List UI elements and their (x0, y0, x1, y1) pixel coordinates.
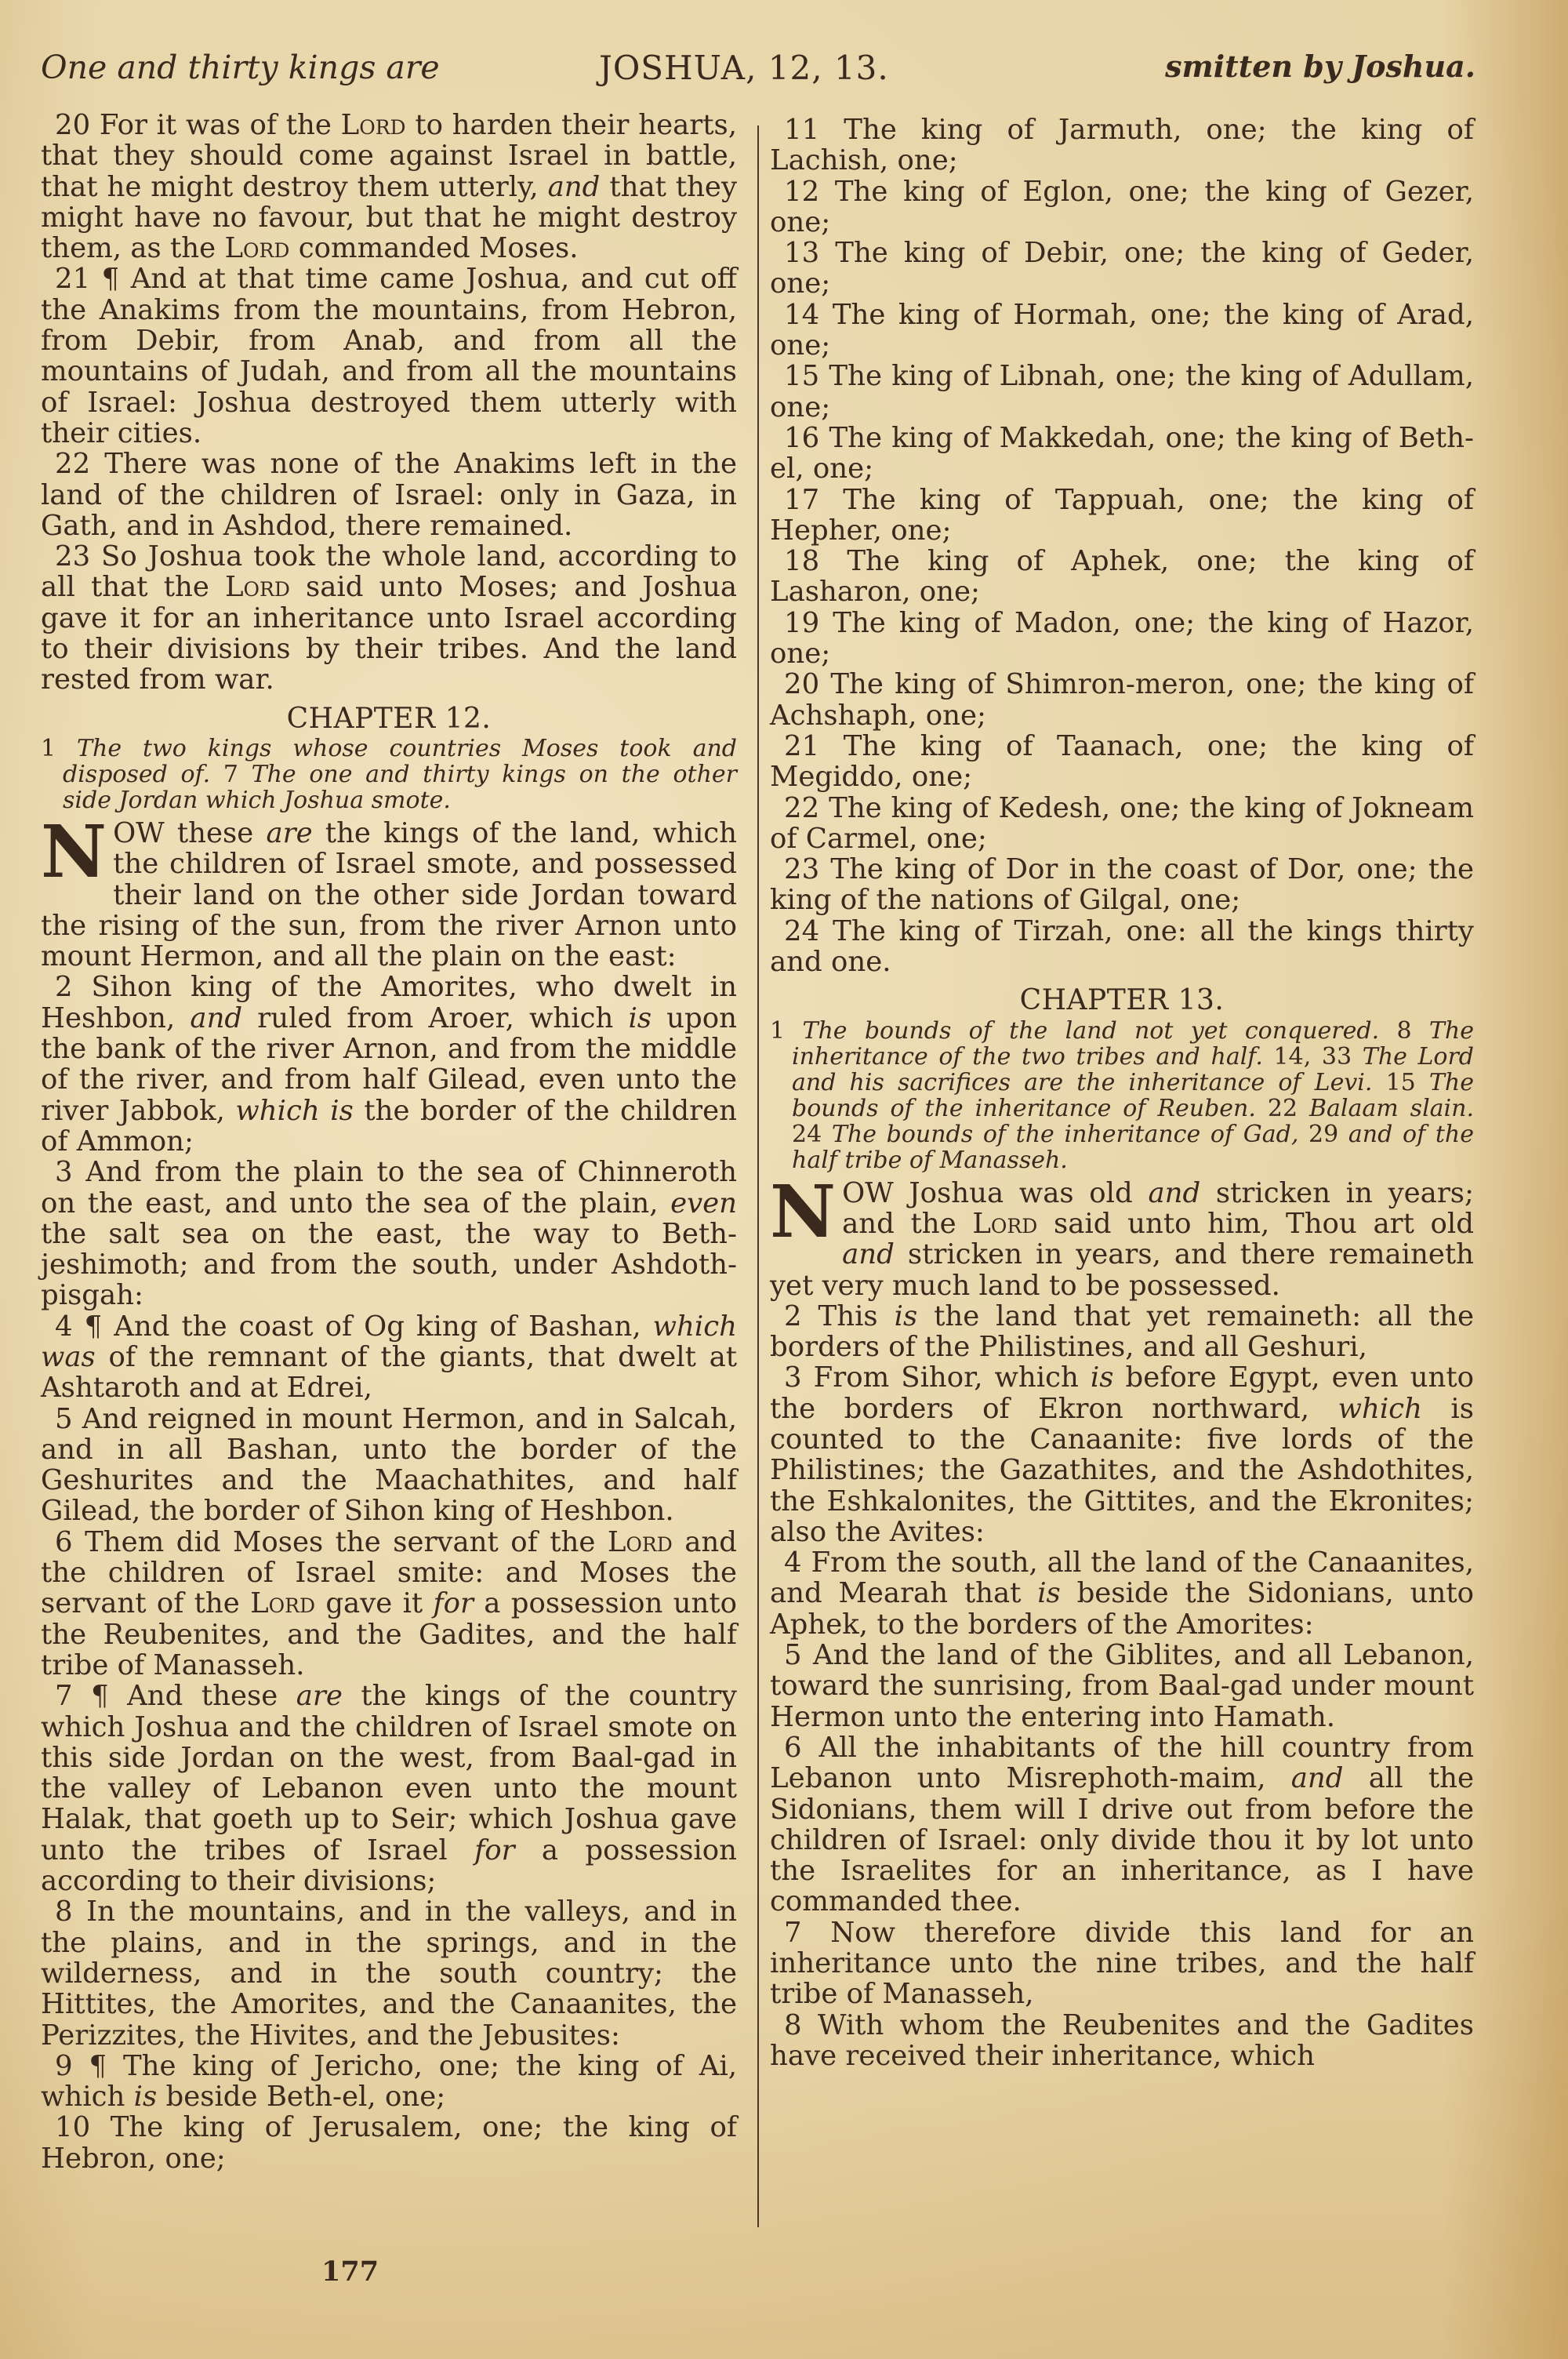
chapter-12-summary: 1 The two kings whose countries Moses to… (41, 736, 737, 813)
verse-12-2: 2 Sihon king of the Amorites, who dwelt … (41, 972, 737, 1157)
verse-13-7: 7 Now therefore divide this land for an … (770, 1917, 1474, 2010)
verse-13-3: 3 From Sihor, which is before Egypt, eve… (770, 1362, 1474, 1547)
header-left-caption: One and thirty kings are (41, 49, 440, 86)
lord-smallcaps: Lord (225, 571, 290, 603)
summary-ref: 8 (1396, 1017, 1411, 1045)
chapter-13-summary: 1 The bounds of the land not yet conquer… (770, 1018, 1474, 1173)
italic-word: are (266, 817, 312, 849)
summary-ref: 15 (1386, 1069, 1416, 1096)
drop-cap: N (770, 1181, 836, 1242)
column-divider (757, 125, 759, 2227)
pilcrow-icon: ¶ (85, 1310, 103, 1343)
verse-number: 19 (784, 607, 819, 639)
verse-number: 21 (55, 263, 90, 295)
verse-number: 20 (55, 109, 90, 141)
summary-ref: 7 (223, 761, 238, 788)
verse-text: And the land of the Giblites, and all Le… (770, 1639, 1474, 1733)
verse-number: 8 (784, 2009, 802, 2041)
verse-number: 3 (55, 1156, 73, 1188)
verse-number: 5 (784, 1639, 802, 1671)
verse-13-4: 4 From the south, all the land of the Ca… (770, 1547, 1474, 1640)
lord-smallcaps: Lord (341, 109, 406, 141)
summary-ref: 14, 33 (1274, 1043, 1352, 1070)
verse-number: 17 (784, 484, 819, 516)
italic-word: is (1091, 1361, 1114, 1394)
verse-text: For it was of the (100, 109, 341, 141)
verse-number: 24 (784, 915, 819, 947)
header-book-chapter: JOSHUA, 12, 13. (599, 49, 889, 87)
verse-number: 10 (55, 2111, 90, 2143)
pilcrow-icon: ¶ (102, 263, 120, 295)
italic-word: are (296, 1680, 343, 1712)
verse-number: 8 (55, 1896, 73, 1928)
chapter-12-heading: CHAPTER 12. (41, 703, 737, 734)
verse-text: The king of Jerusalem, one; the king of … (41, 2111, 737, 2174)
verse-number: 21 (784, 730, 819, 762)
pilcrow-icon: ¶ (91, 1680, 109, 1712)
italic-word: and (1291, 1762, 1344, 1794)
verse-text: And from the plain to the sea of Chinner… (41, 1156, 737, 1219)
verse-12-17: 17 The king of Tappuah, one; the king of… (770, 485, 1474, 547)
right-column: 11 The king of Jarmuth, one; the king of… (770, 114, 1474, 2071)
verse-text: OW Joshua was old (842, 1177, 1148, 1209)
header-right-caption: smitten by Joshua. (1165, 49, 1475, 84)
verse-number: 6 (55, 1526, 73, 1558)
verse-12-22: 22 The king of Kedesh, one; the king of … (770, 793, 1474, 855)
verse-12-24: 24 The king of Tirzah, one: all the king… (770, 916, 1474, 978)
verse-number: 4 (784, 1547, 802, 1579)
summary-ref: 22 (1268, 1095, 1298, 1122)
verse-12-13: 13 The king of Debir, one; the king of G… (770, 238, 1474, 300)
verse-text: commanded Moses. (289, 232, 578, 264)
italic-word: which (1338, 1393, 1422, 1425)
verse-number: 15 (784, 360, 819, 392)
verse-number: 7 (55, 1680, 73, 1712)
verse-12-3: 3 And from the plain to the sea of Chinn… (41, 1157, 737, 1310)
lord-smallcaps: Lord (224, 232, 289, 264)
verse-12-6: 6 Them did Moses the servant of the Lord… (41, 1527, 737, 1681)
verse-text: The king of Makkedah, one; the king of B… (770, 422, 1474, 485)
verse-12-21: 21 The king of Taanach, one; the king of… (770, 731, 1474, 793)
italic-word: and (190, 1002, 242, 1034)
verse-text: The king of Kedesh, one; the king of Jok… (770, 792, 1474, 855)
italic-word: is (628, 1002, 652, 1034)
summary-text: The bounds of the land not yet conquered… (802, 1017, 1379, 1045)
verse-number: 18 (784, 545, 819, 577)
lord-smallcaps: Lord (972, 1208, 1037, 1240)
verse-number: 4 (55, 1310, 73, 1343)
verse-number: 9 (55, 2050, 73, 2082)
verse-12-18: 18 The king of Aphek, one; the king of L… (770, 546, 1474, 608)
verse-text: Now therefore divide this land for an in… (770, 1917, 1474, 2011)
verse-12-10: 10 The king of Jerusalem, one; the king … (41, 2112, 737, 2174)
verse-number: 23 (55, 540, 90, 572)
verse-number: 23 (784, 853, 819, 885)
verse-12-15: 15 The king of Libnah, one; the king of … (770, 361, 1474, 423)
pilcrow-icon: ¶ (89, 2050, 107, 2082)
verse-number: 11 (784, 114, 819, 146)
verse-number: 2 (784, 1300, 802, 1332)
lord-smallcaps: Lord (608, 1526, 673, 1558)
summary-ref: 1 (41, 735, 56, 762)
verse-text: Them did Moses the servant of the (85, 1526, 608, 1558)
verse-12-11: 11 The king of Jarmuth, one; the king of… (770, 114, 1474, 176)
verse-12-5: 5 And reigned in mount Hermon, and in Sa… (41, 1404, 737, 1527)
verse-number: 2 (55, 971, 73, 1003)
italic-word: for (474, 1834, 514, 1866)
verse-13-6: 6 All the inhabitants of the hill countr… (770, 1732, 1474, 1917)
verse-text: And reigned in mount Hermon, and in Salc… (41, 1403, 737, 1528)
page-number: 177 (321, 2255, 379, 2288)
verse-11-22: 22 There was none of the Anakims left in… (41, 449, 737, 541)
verse-11-21: 21 ¶ And at that time came Joshua, and c… (41, 264, 737, 449)
summary-ref: 29 (1308, 1121, 1338, 1148)
verse-13-2: 2 This is the land that yet remaineth: a… (770, 1301, 1474, 1363)
verse-13-1: NOW Joshua was old and stricken in years… (770, 1178, 1474, 1301)
italic-word: and (1148, 1177, 1200, 1209)
verse-text: The king of Tirzah, one: all the kings t… (770, 915, 1474, 978)
italic-word: even (670, 1187, 737, 1219)
verse-number: 12 (784, 176, 819, 208)
verse-number: 3 (784, 1361, 802, 1394)
verse-text: There was none of the Anakims left in th… (41, 448, 737, 542)
verse-11-20: 20 For it was of the Lord to harden thei… (41, 110, 737, 264)
verse-text: In the mountains, and in the valleys, an… (41, 1896, 737, 2051)
verse-number: 22 (784, 792, 819, 824)
left-column: 20 For it was of the Lord to harden thei… (41, 110, 737, 2174)
verse-number: 5 (55, 1403, 73, 1435)
verse-text: With whom the Reubenites and the Gadites… (770, 2009, 1474, 2072)
italic-word: is (1037, 1577, 1061, 1609)
verse-12-7: 7 ¶ And these are the kings of the count… (41, 1681, 737, 1896)
running-header: One and thirty kings are JOSHUA, 12, 13.… (41, 49, 1475, 96)
verse-12-4: 4 ¶ And the coast of Og king of Bashan, … (41, 1311, 737, 1404)
verse-text: The king of Eglon, one; the king of Geze… (770, 176, 1474, 238)
verse-text: The king of Aphek, one; the king of Lash… (770, 545, 1474, 608)
italic-word: and (842, 1238, 895, 1270)
verse-text: gave it (315, 1587, 433, 1619)
verse-number: 13 (784, 237, 819, 269)
drop-cap: N (41, 821, 107, 882)
italic-word: for (434, 1587, 474, 1619)
verse-text: The king of Dor in the coast of Dor, one… (770, 853, 1474, 916)
verse-text: beside Beth-el, one; (157, 2081, 445, 2113)
chapter-13-heading: CHAPTER 13. (770, 985, 1474, 1016)
verse-text: This (818, 1300, 895, 1332)
verse-12-23: 23 The king of Dor in the coast of Dor, … (770, 854, 1474, 916)
verse-text: The king of Debir, one; the king of Gede… (770, 237, 1474, 300)
summary-ref: 1 (770, 1017, 785, 1045)
verse-11-23: 23 So Joshua took the whole land, accord… (41, 541, 737, 695)
verse-text: The king of Taanach, one; the king of Me… (770, 730, 1474, 793)
verse-number: 16 (784, 422, 819, 454)
italic-word: is (895, 1300, 918, 1332)
verse-13-8: 8 With whom the Reubenites and the Gadit… (770, 2010, 1474, 2072)
summary-ref: 24 (792, 1121, 822, 1148)
verse-12-12: 12 The king of Eglon, one; the king of G… (770, 176, 1474, 238)
verse-12-8: 8 In the mountains, and in the valleys, … (41, 1896, 737, 2050)
verse-12-20: 20 The king of Shimron-meron, one; the k… (770, 669, 1474, 731)
verse-12-14: 14 The king of Hormah, one; the king of … (770, 300, 1474, 362)
verse-text: And at that time came Joshua, and cut of… (41, 263, 737, 449)
verse-text: The king of Jarmuth, one; the king of La… (770, 114, 1474, 176)
lord-smallcaps: Lord (250, 1587, 315, 1619)
italic-word: which is (235, 1095, 353, 1127)
summary-text: Balaam slain. (1309, 1095, 1474, 1122)
verse-text: And the coast of Og king of Bashan, (114, 1310, 652, 1343)
verse-text: From Sihor, which (814, 1361, 1091, 1394)
verse-12-1: NOW these are the kings of the land, whi… (41, 818, 737, 972)
verse-12-19: 19 The king of Madon, one; the king of H… (770, 608, 1474, 670)
italic-word: is (134, 2081, 158, 2113)
verse-12-9: 9 ¶ The king of Jericho, one; the king o… (41, 2051, 737, 2113)
verse-13-5: 5 And the land of the Giblites, and all … (770, 1640, 1474, 1732)
verse-text: ruled from Aroer, which (242, 1002, 628, 1034)
verse-text: The king of Madon, one; the king of Hazo… (770, 607, 1474, 670)
verse-number: 6 (784, 1732, 802, 1764)
verse-text: of the remnant of the giants, that dwelt… (41, 1341, 737, 1404)
verse-text: The king of Tappuah, one; the king of He… (770, 484, 1474, 547)
verse-number: 7 (784, 1917, 802, 1949)
verse-text: The king of Hormah, one; the king of Ara… (770, 299, 1474, 362)
verse-12-16: 16 The king of Makkedah, one; the king o… (770, 423, 1474, 485)
verse-text: said unto him, Thou art old (1037, 1208, 1474, 1240)
verse-number: 20 (784, 668, 819, 700)
verse-number: 14 (784, 299, 819, 331)
italic-word: and (548, 171, 601, 203)
verse-text: The king of Shimron-meron, one; the king… (770, 668, 1474, 731)
verse-text: The king of Libnah, one; the king of Adu… (770, 360, 1474, 423)
summary-text: The bounds of the inheritance of Gad, (832, 1121, 1298, 1148)
verse-text: the salt sea on the east, the way to Bet… (41, 1218, 737, 1312)
verse-text: OW these (113, 817, 266, 849)
verse-number: 22 (55, 448, 90, 480)
verse-text: And these (127, 1680, 296, 1712)
